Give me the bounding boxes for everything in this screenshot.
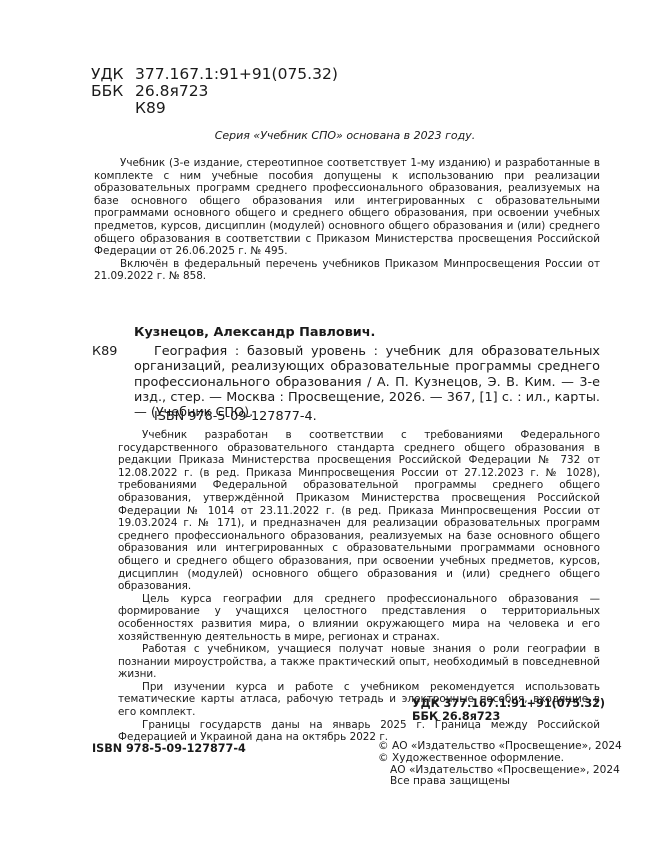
bib-isbn: ISBN 978-5-09-127877-4. — [154, 409, 317, 424]
copyright-block: © АО «Издательство «Просвещение», 2024 ©… — [378, 741, 622, 788]
bib-author-mark: К89 — [92, 344, 117, 359]
bbk-value: 26.8я723 — [135, 83, 208, 100]
bottom-classification: УДК 377.167.1:91+91(075.32) ББК 26.8я723 — [412, 698, 605, 723]
approval-paragraph: Учебник (3-е издание, стереотипное соотв… — [94, 157, 600, 258]
author-mark: К89 — [135, 100, 166, 117]
annotation-paragraph: Учебник разработан в соответствии с треб… — [118, 429, 600, 593]
annotation-paragraph: Цель курса географии для среднего профес… — [118, 593, 600, 643]
isbn-bold: ISBN 978-5-09-127877-4 — [92, 742, 246, 755]
series-note: Серия «Учебник СПО» основана в 2023 году… — [0, 129, 650, 142]
copyright-line: © Художественное оформление. — [378, 753, 622, 765]
bbk-label: ББК — [91, 83, 135, 100]
udk-label: УДК — [91, 66, 135, 83]
bottom-bbk: ББК 26.8я723 — [412, 711, 605, 724]
udk-value: 377.167.1:91+91(075.32) — [135, 66, 338, 83]
classification-block: УДК377.167.1:91+91(075.32) ББК26.8я723 К… — [91, 66, 338, 117]
rights-reserved: Все права защищены — [378, 776, 622, 788]
annotation-paragraph: Работая с учебником, учащиеся получат но… — [118, 643, 600, 681]
author-heading: Кузнецов, Александр Павлович. — [134, 325, 375, 340]
federal-list-paragraph: Включён в федеральный перечень учебников… — [94, 258, 600, 283]
approval-block: Учебник (3-е издание, стереотипное соотв… — [94, 157, 600, 283]
bottom-udk: УДК 377.167.1:91+91(075.32) — [412, 698, 605, 711]
